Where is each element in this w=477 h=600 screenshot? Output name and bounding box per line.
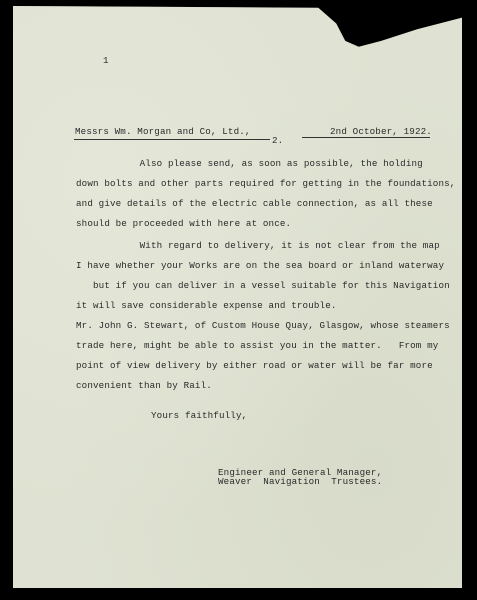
recipient-underline [74,139,270,140]
body-line: With regard to delivery, it is not clear… [83,240,440,251]
page-mark: 1 [103,55,109,66]
body-line: point of view delivery by either road or… [76,360,433,371]
letter-page [13,6,462,588]
closing: Yours faithfully, [151,410,247,421]
body-line: Mr. John G. Stewart, of Custom House Qua… [76,320,450,331]
body-line: trade here, might be able to assist you … [76,340,438,351]
letter-date: 2nd October, 1922. [330,126,432,137]
body-line: and give details of the electric cable c… [76,198,433,209]
body-line: Also please send, as soon as possible, t… [83,158,423,169]
page-number: 2. [272,135,283,146]
body-line: I have whether your Works are on the sea… [76,260,444,271]
body-line: but if you can deliver in a vessel suita… [76,280,450,291]
date-underline [302,137,430,138]
signature-org: Weaver Navigation Trustees. [218,476,382,487]
recipient: Messrs Wm. Morgan and Co, Ltd., [75,126,251,137]
body-line: down bolts and other parts required for … [76,178,455,189]
body-line: should be proceeded with here at once. [76,218,291,229]
body-line: convenient than by Rail. [76,380,212,391]
body-line: it will save considerable expense and tr… [76,300,337,311]
